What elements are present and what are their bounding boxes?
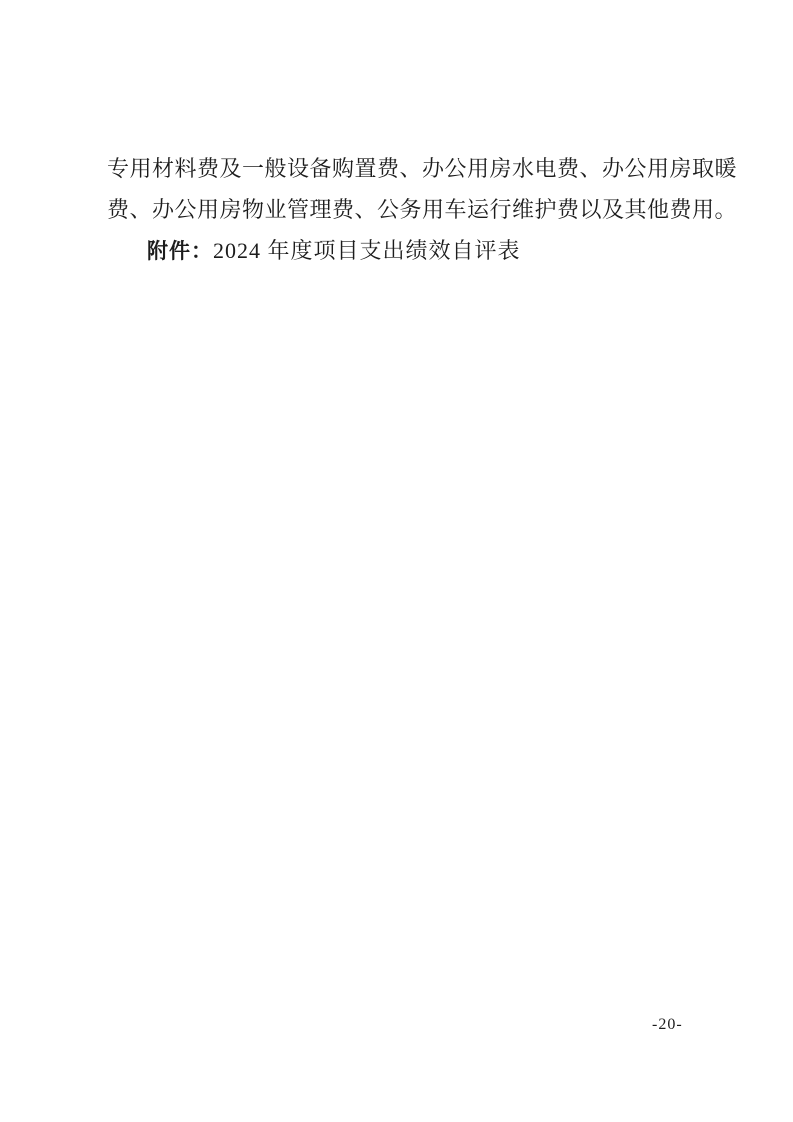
attachment-label: 附件： (147, 240, 213, 263)
paragraph-line-1: 专用材料费及一般设备购置费、办公用房水电费、办公用房取暖 (107, 148, 687, 189)
document-page: 专用材料费及一般设备购置费、办公用房水电费、办公用房取暖 费、办公用房物业管理费… (0, 0, 793, 1122)
page-number: -20- (652, 1016, 683, 1034)
body-text-block: 专用材料费及一般设备购置费、办公用房水电费、办公用房取暖 费、办公用房物业管理费… (107, 148, 687, 271)
attachment-line: 附件：2024 年度项目支出绩效自评表 (107, 230, 687, 271)
paragraph-line-2: 费、办公用房物业管理费、公务用车运行维护费以及其他费用。 (107, 189, 687, 230)
attachment-title: 2024 年度项目支出绩效自评表 (213, 238, 521, 263)
